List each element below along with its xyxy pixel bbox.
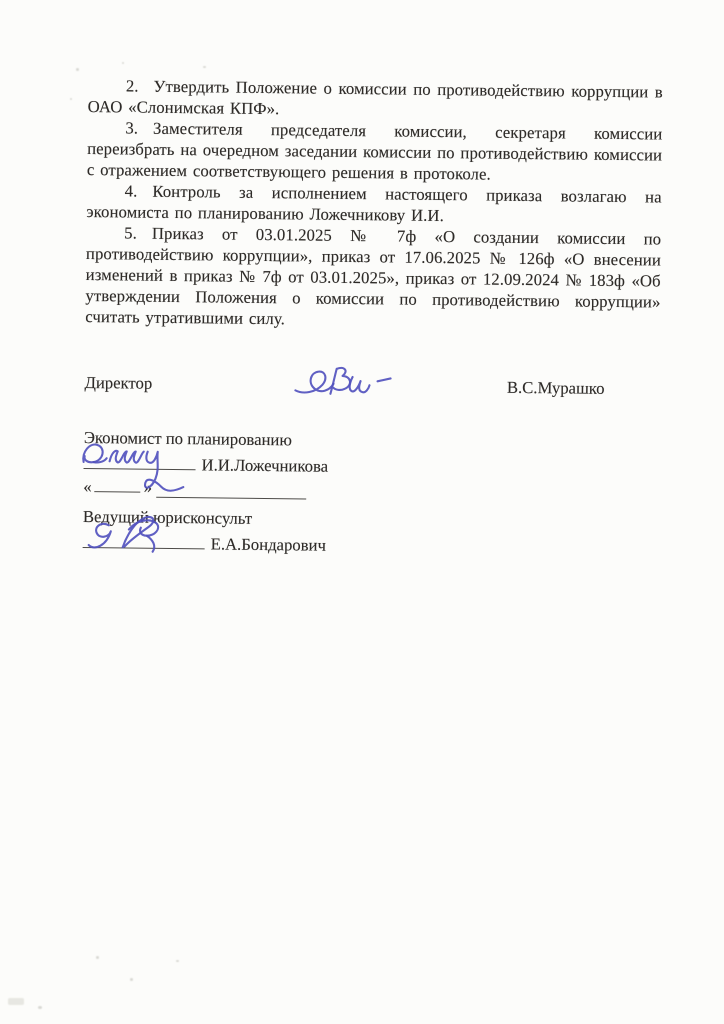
scan-speckle <box>130 978 133 981</box>
paragraph-number: 2. <box>126 76 139 95</box>
signature-blank-line <box>83 534 205 549</box>
paragraph-3: 3.Заместителя председателя комиссии, сек… <box>87 117 663 187</box>
date-blank-line-long <box>156 484 306 500</box>
close-quote: » <box>144 478 153 497</box>
paragraph-5: 5.Приказ от 03.01.2025 № 7ф «О создании … <box>85 222 661 334</box>
paragraph-text: Контроль за исполнением настоящего прика… <box>86 182 661 225</box>
paragraph-number: 4. <box>125 181 138 200</box>
jurist-title: Ведущий юрисконсульт <box>83 506 658 534</box>
scanned-document-page: 2.Утвердить Положение о комиссии по прот… <box>0 0 724 1024</box>
director-signature-icon <box>289 358 400 405</box>
paragraph-text: Приказ от 03.01.2025 № 7ф «О создании ко… <box>85 224 661 329</box>
economist-title: Экономист по планированию <box>84 427 659 455</box>
economist-date-row: «» <box>83 476 658 504</box>
scan-speckle <box>203 66 206 68</box>
paragraph-text: Утвердить Положение о комиссии по против… <box>88 77 663 118</box>
paragraph-number: 5. <box>124 223 137 242</box>
paragraph-4: 4.Контроль за исполнением настоящего при… <box>86 180 661 229</box>
director-name: В.С.Мурашко <box>507 377 605 399</box>
paragraph-2: 2.Утвердить Положение о комиссии по прот… <box>88 75 663 124</box>
signature-blank-line <box>84 455 196 470</box>
director-signature <box>289 358 400 410</box>
economist-name: И.И.Ложечникова <box>201 455 328 475</box>
scan-speckle <box>76 68 79 71</box>
director-title: Директор <box>84 372 152 394</box>
jurist-signature-block: Ведущий юрисконсульт Е.А.Бондарович <box>83 506 658 560</box>
scan-speckle <box>122 62 124 64</box>
document-body: 2.Утвердить Положение о комиссии по прот… <box>83 75 663 559</box>
economist-signature-block: Экономист по планированию И.И.Ложечников… <box>83 427 659 504</box>
jurist-signature-row: Е.А.Бондарович <box>83 532 658 560</box>
scan-speckle <box>96 956 99 959</box>
paragraph-number: 3. <box>125 118 138 137</box>
date-blank-line <box>95 478 141 493</box>
scan-speckle <box>176 960 179 962</box>
scan-speckle <box>8 998 24 1005</box>
scan-speckle <box>38 1006 42 1009</box>
paragraph-text: Заместителя председателя комиссии, секре… <box>87 119 663 184</box>
jurist-name: Е.А.Бондарович <box>211 534 326 554</box>
scan-speckle <box>70 98 72 100</box>
open-quote: « <box>83 477 92 496</box>
director-signature-block: Директор В.С.Мурашко <box>84 372 659 400</box>
